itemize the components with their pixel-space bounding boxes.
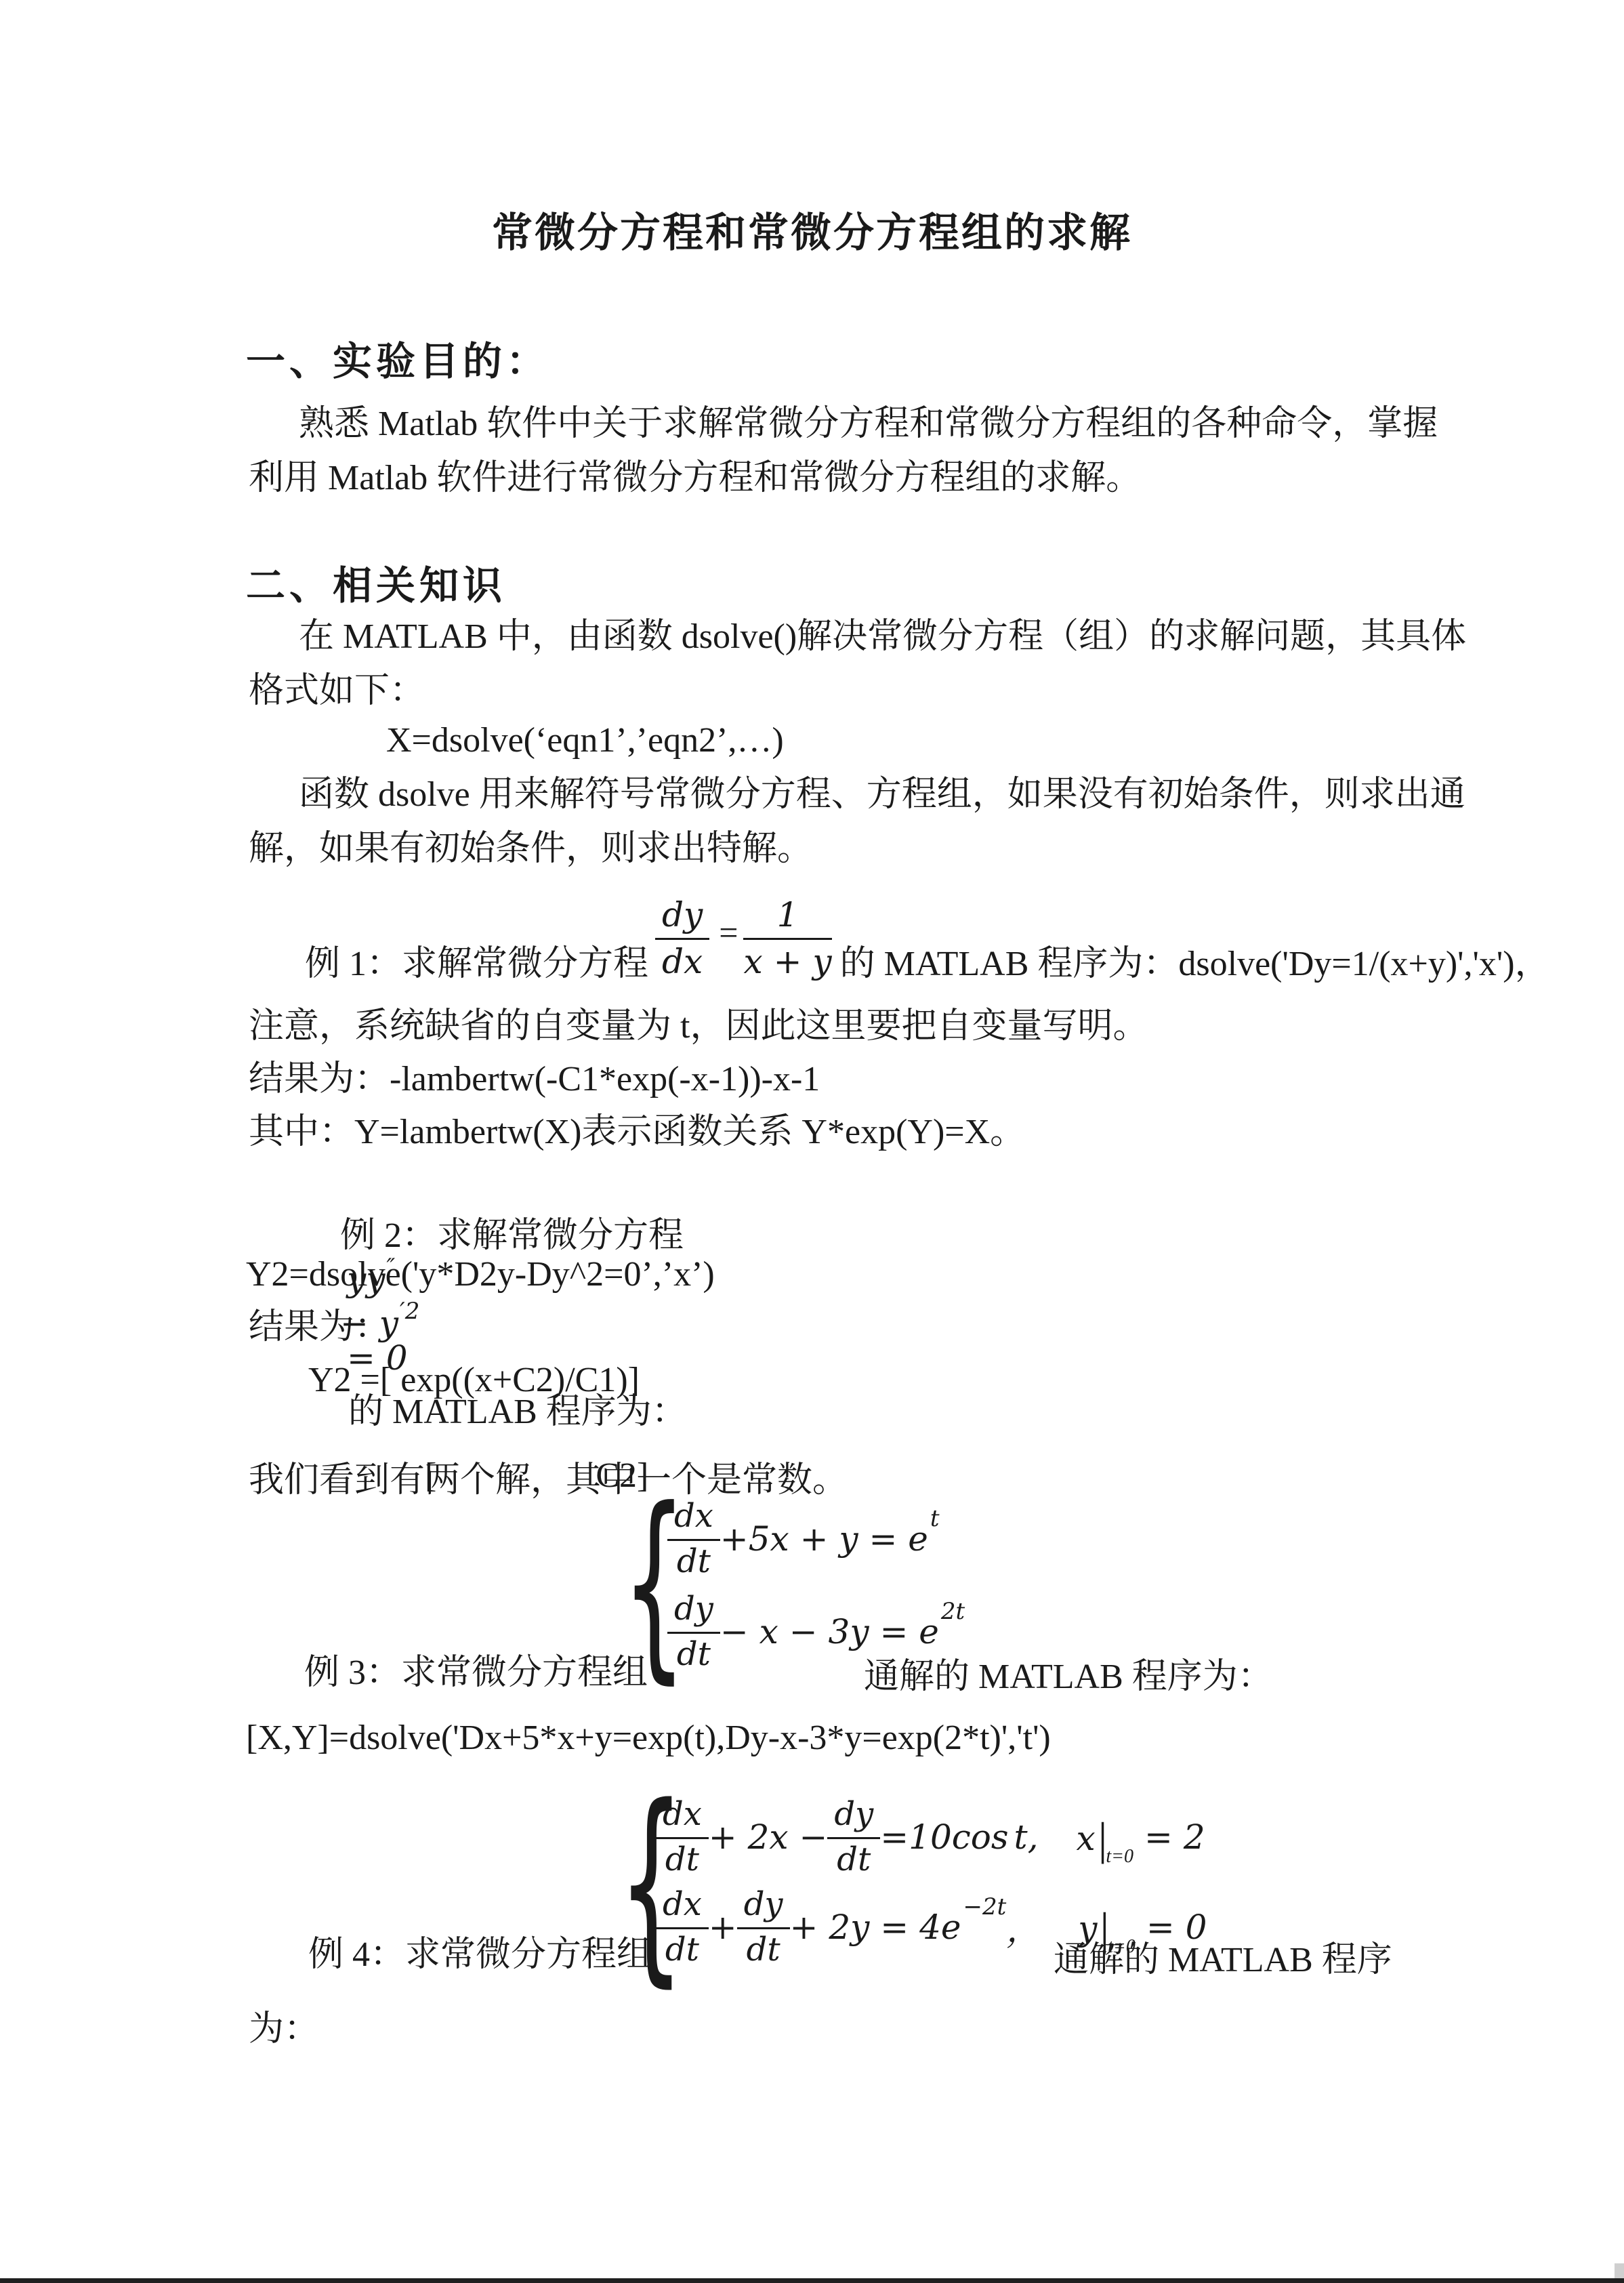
section2-paragraph-line1: 在 MATLAB 中，由函数 dsolve()解决常微分方程（组）的求解问题，其… xyxy=(299,615,1466,659)
exponent-minus-2t: −2t xyxy=(963,1893,1006,1920)
subscript-t-equals-0: t=0 xyxy=(1106,1846,1133,1868)
equation-body: + 2y = 4e xyxy=(790,1908,961,1947)
section2-paragraph-line4: 解，如果有初始条件，则求出特解。 xyxy=(249,827,812,871)
section1-heading: 一、实验目的： xyxy=(246,337,549,387)
fraction-dy-dx: dy dx xyxy=(655,894,709,981)
initial-condition-x: x|t=0 xyxy=(1077,1816,1136,1858)
example1-line: 例 1：求解常微分方程 dy dx = 1 x + y 的 MATLAB 程序为… xyxy=(305,874,1550,986)
exponent-t: t xyxy=(930,1505,940,1532)
fraction-numerator: dy xyxy=(667,1590,720,1634)
fraction-dy-dt: dy dt xyxy=(737,1885,790,1969)
fraction-numerator: dy xyxy=(827,1795,880,1839)
fraction-denominator: x + y xyxy=(743,940,831,981)
fraction-numerator: dx xyxy=(656,1885,709,1929)
example3-code: [X,Y]=dsolve('Dx+5*x+y=exp(t),Dy-x-3*y=e… xyxy=(246,1716,1051,1760)
example2-label: 例 2：求解常微分方程 xyxy=(340,1216,684,1255)
fraction-numerator: dy xyxy=(655,894,709,940)
dsolve-syntax: X=dsolve(‘eqn1’,’eqn2’,…) xyxy=(386,718,784,762)
example4-equation1: dx dt + 2x − dy dt =10cost, x|t=0 = 2 xyxy=(656,1791,1205,1883)
condition-value: = 2 xyxy=(1144,1817,1205,1857)
section1-paragraph-line1: 熟悉 Matlab 软件中关于求解常微分方程和常微分方程组的各种命令，掌握 xyxy=(299,402,1438,446)
example1-result: 结果为：-lambertw(-C1*exp(-x-1))-x-1 xyxy=(249,1057,820,1101)
example3-equation1: dx dt +5x + y = et xyxy=(667,1493,940,1584)
example1-label: 例 1：求解常微分方程 xyxy=(305,942,648,986)
example2-result-line1: Y2 =[ exp((x+C2)/C1)] xyxy=(308,1358,640,1402)
section2-heading: 二、相关知识 xyxy=(246,562,506,611)
example2-result-label: 结果为： xyxy=(249,1305,390,1349)
example1-note: 注意，系统缺省的自变量为 t，因此这里要把自变量写明。 xyxy=(249,1004,1148,1048)
fraction-numerator: dx xyxy=(667,1497,720,1541)
example2-code: Y2=dsolve('y*D2y-Dy^2=0’,’x’) xyxy=(246,1252,715,1296)
equation-body: + 2x − xyxy=(709,1817,828,1857)
fraction-one-over-x-plus-y: 1 x + y xyxy=(743,894,831,981)
fraction-denominator: dt xyxy=(827,1839,880,1878)
comma: ， xyxy=(1006,1903,1040,1952)
page-bottom-edge xyxy=(0,2278,1624,2283)
comma: , xyxy=(1028,1817,1039,1857)
example4-continuation: 为： xyxy=(249,2007,319,2051)
fraction-dy-dt: dy dt xyxy=(667,1590,720,1673)
fraction-dx-dt: dx dt xyxy=(667,1497,720,1580)
variable-x: x xyxy=(1077,1819,1096,1858)
example4-after-text: 通解的 MATLAB 程序 xyxy=(1054,1938,1392,1982)
prime-squared-superscript: ′2 xyxy=(400,1298,419,1325)
fraction-numerator: 1 xyxy=(743,894,831,940)
equation-body: +5x + y = e xyxy=(720,1519,928,1559)
exponent-2t: 2t xyxy=(941,1598,965,1625)
document-title: 常微分方程和常微分方程组的求解 xyxy=(0,201,1624,259)
equals-sign: = xyxy=(719,913,738,952)
fraction-dx-dt: dx dt xyxy=(656,1885,709,1969)
equation-body: =10cos xyxy=(880,1817,1008,1857)
section2-paragraph-line2: 格式如下： xyxy=(249,669,425,713)
fraction-numerator: dx xyxy=(656,1795,709,1839)
plus-sign: + xyxy=(709,1908,737,1947)
fraction-denominator: dx xyxy=(655,940,709,981)
fraction-dx-dt: dx dt xyxy=(656,1795,709,1878)
section2-paragraph-line3: 函数 dsolve 用来解符号常微分方程、方程组，如果没有初始条件，则求出通 xyxy=(299,773,1465,817)
scan-edge-artifact xyxy=(1615,2263,1624,2278)
fraction-denominator: dt xyxy=(667,1634,720,1673)
example3-label: 例 3：求常微分方程组 xyxy=(304,1651,648,1695)
fraction-denominator: dt xyxy=(656,1929,709,1969)
example1-where: 其中：Y=lambertw(X)表示函数关系 Y*exp(Y)=X。 xyxy=(249,1110,1025,1154)
document-page: 常微分方程和常微分方程组的求解 一、实验目的： 熟悉 Matlab 软件中关于求… xyxy=(0,0,1624,2283)
fraction-dy-dt: dy dt xyxy=(827,1795,880,1878)
variable-t: t xyxy=(1014,1817,1028,1857)
example3-after-text: 通解的 MATLAB 程序为： xyxy=(864,1655,1273,1699)
example4-label: 例 4：求常微分方程组 xyxy=(308,1933,652,1977)
fraction-denominator: dt xyxy=(667,1541,720,1580)
fraction-denominator: dt xyxy=(737,1929,790,1969)
fraction-denominator: dt xyxy=(656,1839,709,1878)
equation-body: − x − 3y = e xyxy=(720,1612,939,1651)
section1-paragraph-line2: 利用 Matlab 软件进行常微分方程和常微分方程组的求解。 xyxy=(249,456,1141,500)
fraction-numerator: dy xyxy=(737,1885,790,1929)
example1-after-text: 的 MATLAB 程序为：dsolve('Dy=1/(x+y)','x')， xyxy=(840,942,1550,986)
